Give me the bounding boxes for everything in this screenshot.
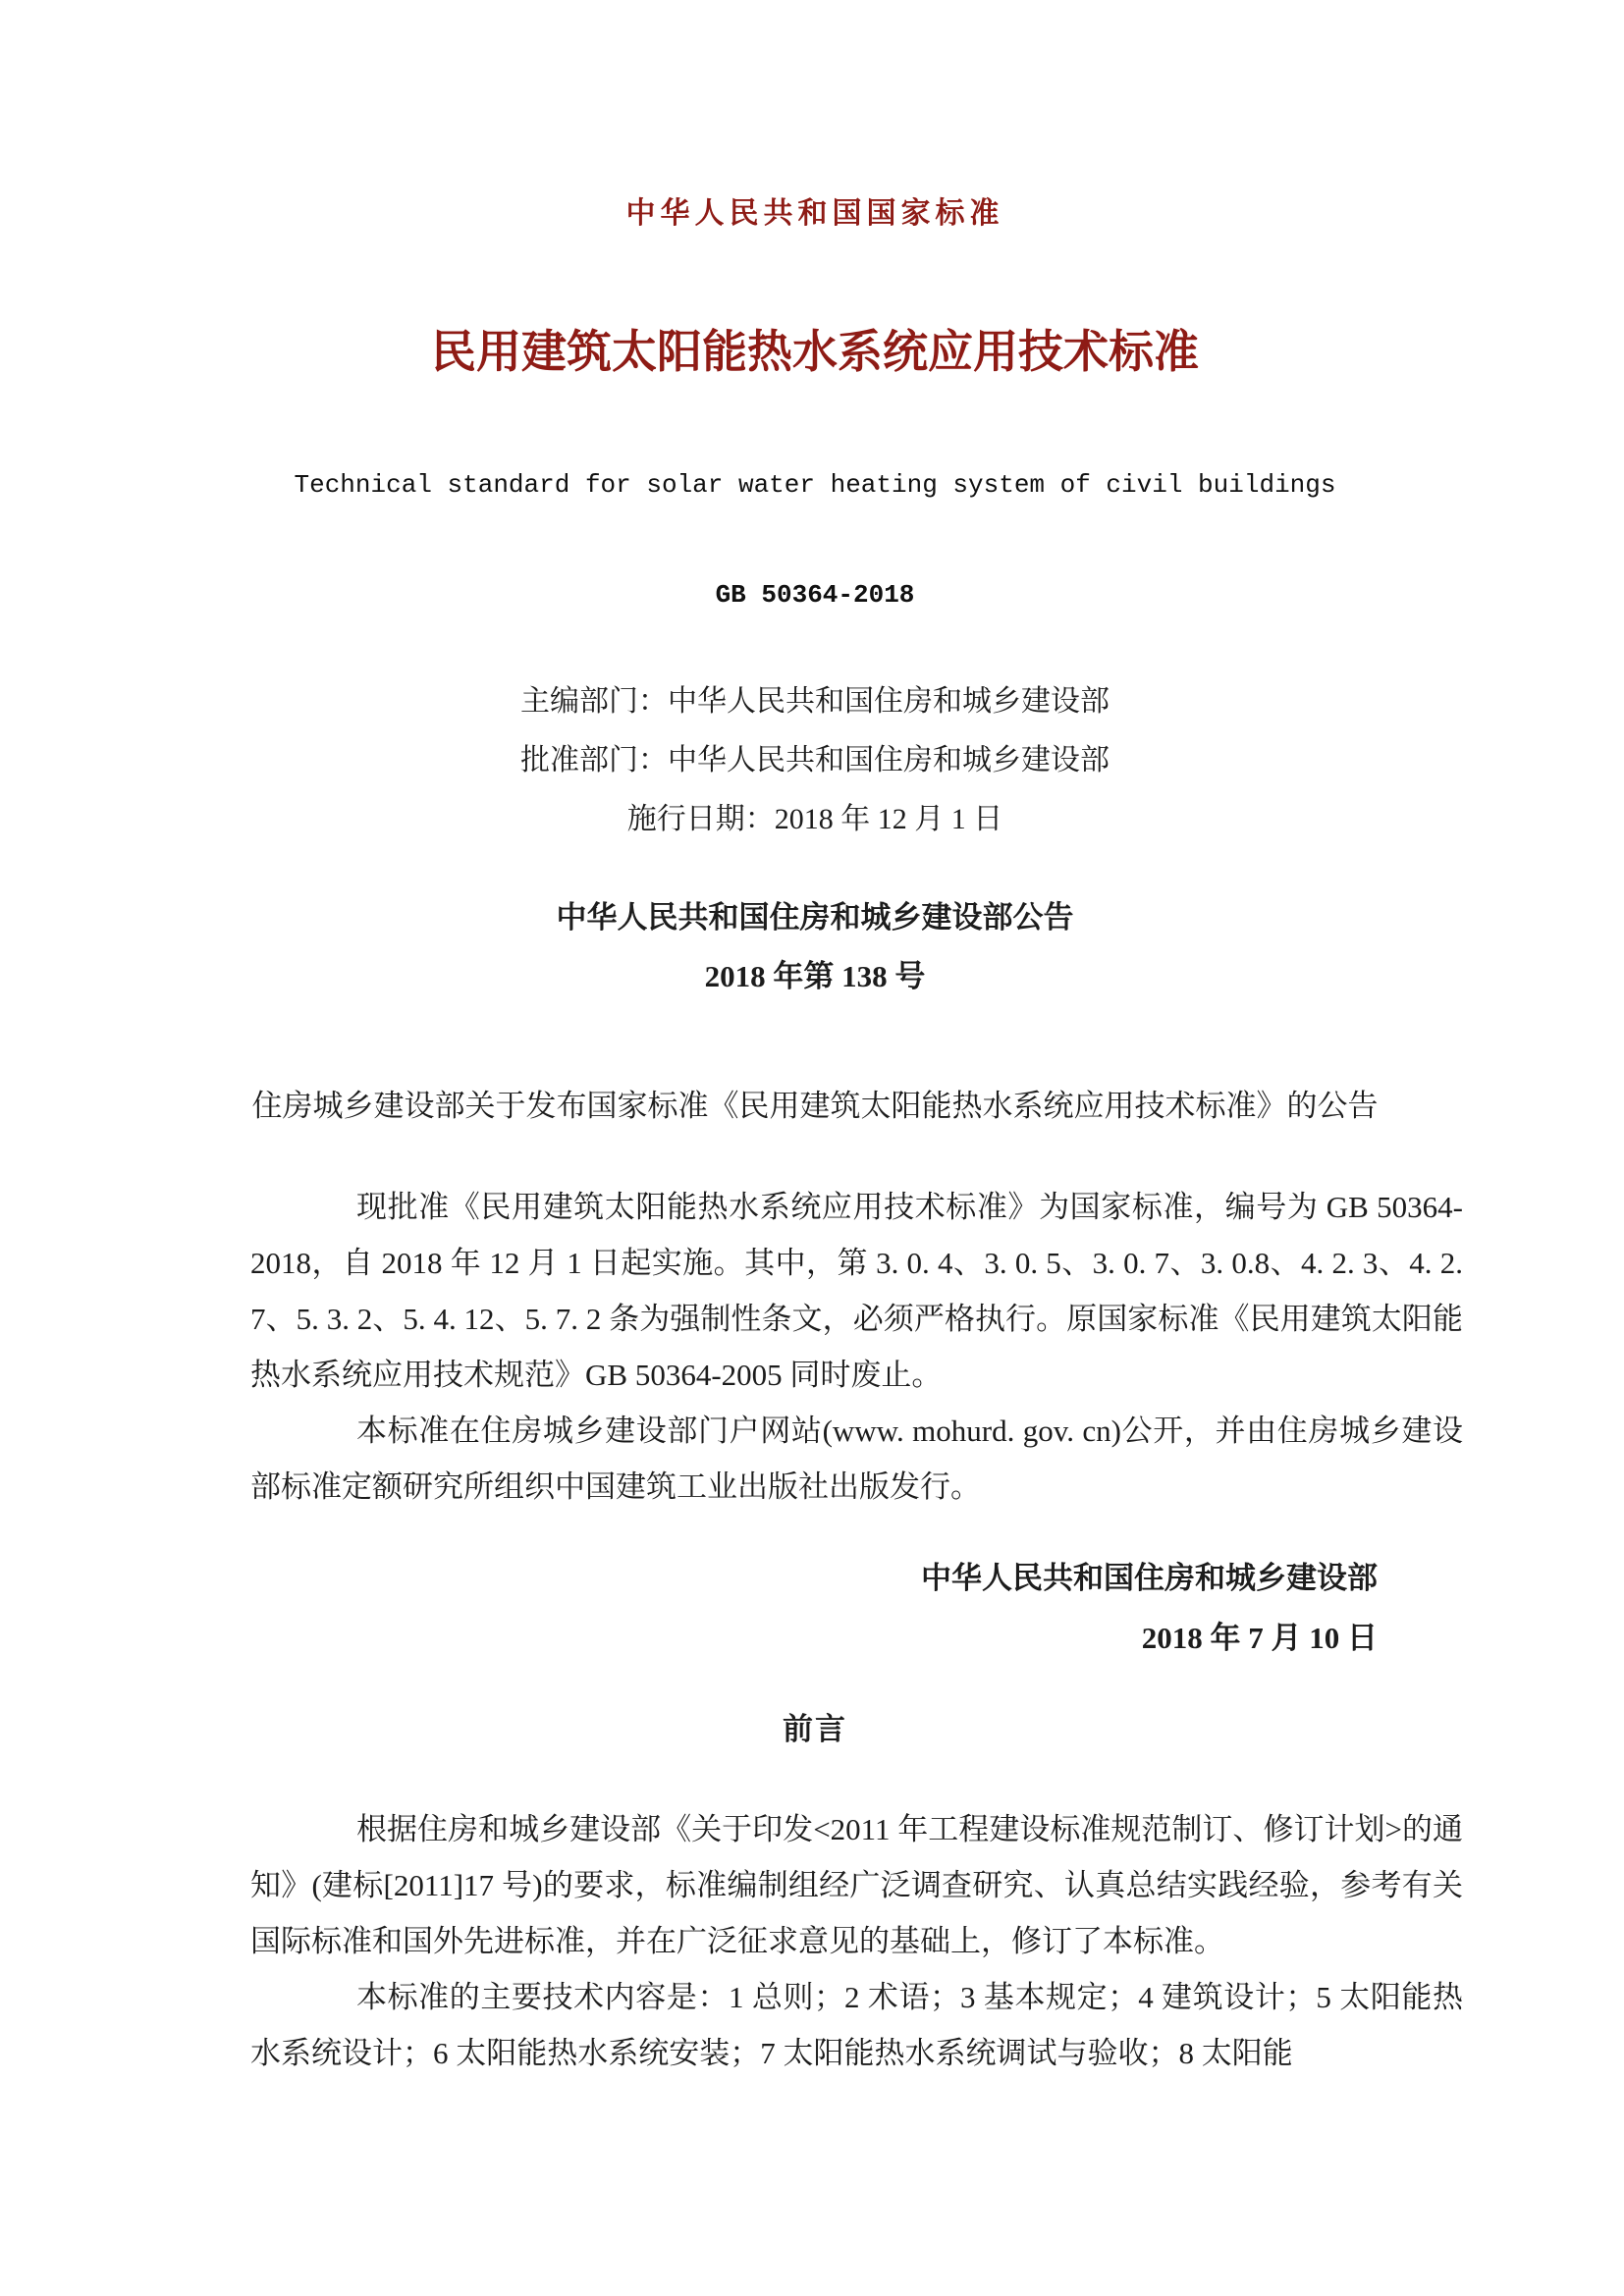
signature-issuer: 中华人民共和国住房和城乡建设部 <box>167 1548 1378 1608</box>
announcement-subject: 住房城乡建设部关于发布国家标准《民用建筑太阳能热水系统应用技术标准》的公告 <box>167 1077 1463 1136</box>
approval-department-line: 批准部门：中华人民共和国住房和城乡建设部 <box>167 731 1463 790</box>
document-title-chinese: 民用建筑太阳能热水系统应用技术标准 <box>167 325 1463 380</box>
chief-department-line: 主编部门：中华人民共和国住房和城乡建设部 <box>167 672 1463 731</box>
foreword-body: 根据住房和城乡建设部《关于印发<2011 年工程建设标准规范制订、修订计划>的通… <box>167 1801 1463 2081</box>
effective-date-line: 施行日期：2018 年 12 月 1 日 <box>167 790 1463 849</box>
announcement-number: 2018 年第 138 号 <box>167 947 1463 1006</box>
announcement-body: 现批准《民用建筑太阳能热水系统应用技术标准》为国家标准，编号为 GB 50364… <box>167 1179 1463 1515</box>
standard-type-heading: 中华人民共和国国家标准 <box>167 196 1463 232</box>
standard-code: GB 50364-2018 <box>167 578 1463 612</box>
signature-block: 中华人民共和国住房和城乡建设部 2018 年 7 月 10 日 <box>167 1548 1463 1668</box>
standard-meta-block: 主编部门：中华人民共和国住房和城乡建设部 批准部门：中华人民共和国住房和城乡建设… <box>167 672 1463 849</box>
announcement-paragraph: 本标准在住房城乡建设部门户网站(www. mohurd. gov. cn)公开，… <box>250 1403 1463 1515</box>
foreword-paragraph: 根据住房和城乡建设部《关于印发<2011 年工程建设标准规范制订、修订计划>的通… <box>250 1801 1463 1969</box>
document-title-english: Technical standard for solar water heati… <box>167 468 1463 502</box>
foreword-title: 前言 <box>167 1700 1463 1759</box>
announcement-paragraph: 现批准《民用建筑太阳能热水系统应用技术标准》为国家标准，编号为 GB 50364… <box>250 1179 1463 1403</box>
announcement-title: 中华人民共和国住房和城乡建设部公告 <box>167 888 1463 947</box>
foreword-paragraph: 本标准的主要技术内容是：1 总则；2 术语；3 基本规定；4 建筑设计；5 太阳… <box>250 1969 1463 2081</box>
document-page: 中华人民共和国国家标准 民用建筑太阳能热水系统应用技术标准 Technical … <box>0 0 1624 2296</box>
announcement-heading-block: 中华人民共和国住房和城乡建设部公告 2018 年第 138 号 <box>167 888 1463 1006</box>
signature-date: 2018 年 7 月 10 日 <box>167 1608 1378 1668</box>
